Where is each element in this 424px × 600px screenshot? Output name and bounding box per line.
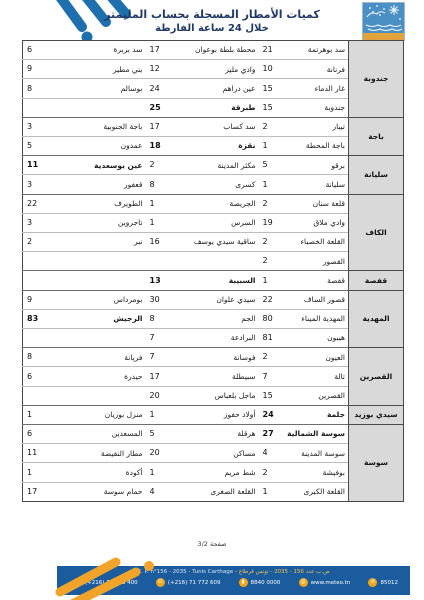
value-cell: 7: [146, 329, 173, 348]
value-cell: 2: [259, 252, 286, 271]
contact-item: @www.meteo.tn: [299, 578, 351, 587]
station-cell: [173, 252, 259, 271]
document-page: كميات الأمطار المسجلة بحساب المليمتر خلا…: [0, 0, 424, 600]
station-cell: فرنانة: [286, 60, 349, 79]
station-cell: جندوبة: [286, 98, 349, 117]
value-cell: 10: [259, 60, 286, 79]
value-cell: 22: [259, 290, 286, 309]
station-cell: حيدرة: [61, 367, 146, 386]
station-cell: غار الدماء: [286, 79, 349, 98]
contact-text: www.meteo.tn: [311, 580, 351, 586]
station-cell: [61, 329, 146, 348]
value-cell: 9: [23, 290, 61, 309]
value-cell: 15: [259, 386, 286, 405]
station-cell: سد بربرة: [61, 41, 146, 60]
value-cell: 4: [146, 482, 173, 501]
value-cell: 15: [259, 79, 286, 98]
value-cell: 8: [146, 175, 173, 194]
value-cell: 1: [259, 175, 286, 194]
station-cell: بومرداس: [61, 290, 146, 309]
station-cell: مساكن: [173, 444, 259, 463]
station-cell: بوفيشة: [286, 463, 349, 482]
station-cell: القلعة الكبرى: [286, 482, 349, 501]
value-cell: 9: [23, 60, 61, 79]
contact-text: 85012: [380, 580, 398, 586]
value-cell: [146, 252, 173, 271]
mobile-icon: ▮: [239, 578, 248, 587]
station-cell: سيدي علوان: [173, 290, 259, 309]
value-cell: 1: [23, 463, 61, 482]
value-cell: 30: [146, 290, 173, 309]
station-cell: بوسالم: [61, 79, 146, 98]
value-cell: 24: [259, 405, 286, 424]
value-cell: 7: [259, 367, 286, 386]
station-cell: المهدية الميناء: [286, 309, 349, 328]
station-cell: سد بوهرتمة: [286, 41, 349, 60]
region-cell: سيدي بوزيد: [349, 405, 404, 424]
value-cell: 8: [23, 79, 61, 98]
inm-logo: · · · · · · · ·: [362, 2, 405, 41]
value-cell: 7: [146, 348, 173, 367]
value-cell: 21: [259, 41, 286, 60]
station-cell: بني مطير: [61, 60, 146, 79]
station-cell: العيون: [286, 348, 349, 367]
region-cell: سوسة: [349, 425, 404, 502]
station-cell: سوسة الشمالية: [286, 425, 349, 444]
value-cell: 2: [259, 233, 286, 252]
value-cell: 1: [259, 271, 286, 290]
station-cell: جلمة: [286, 405, 349, 424]
value-cell: 80: [259, 309, 286, 328]
station-cell: شط مريم: [173, 463, 259, 482]
station-cell: الرجيش: [61, 309, 146, 328]
value-cell: 2: [259, 194, 286, 213]
station-cell: ساقية سيدي يوسف: [173, 233, 259, 252]
value-cell: 17: [146, 367, 173, 386]
value-cell: 22: [23, 194, 61, 213]
station-cell: [61, 271, 146, 290]
station-cell: قفصة: [286, 271, 349, 290]
region-cell: قفصة: [349, 271, 404, 290]
value-cell: 1: [146, 194, 173, 213]
station-cell: قصور الساف: [286, 290, 349, 309]
value-cell: 5: [23, 137, 61, 156]
value-cell: 8: [146, 309, 173, 328]
value-cell: 1: [259, 482, 286, 501]
station-cell: القلعة الخصباء: [286, 233, 349, 252]
value-cell: 17: [146, 117, 173, 136]
value-cell: 15: [259, 98, 286, 117]
value-cell: 6: [23, 425, 61, 444]
station-cell: الجريصة: [173, 194, 259, 213]
station-cell: [61, 98, 146, 117]
globe-icon: @: [299, 578, 308, 587]
station-cell: مكثر المدينة: [173, 156, 259, 175]
station-cell: طبرقة: [173, 98, 259, 117]
value-cell: [23, 98, 61, 117]
value-cell: 20: [146, 386, 173, 405]
station-cell: منزل بوزيان: [61, 405, 146, 424]
station-cell: السرس: [173, 213, 259, 232]
region-cell: جندوبة: [349, 41, 404, 118]
station-cell: تاجروين: [61, 213, 146, 232]
value-cell: [23, 271, 61, 290]
value-cell: [23, 329, 61, 348]
value-cell: 3: [23, 213, 61, 232]
station-cell: السبيبة: [173, 271, 259, 290]
value-cell: 25: [146, 98, 173, 117]
value-cell: 24: [146, 79, 173, 98]
contact-item: ▮8840 0000: [239, 578, 281, 587]
value-cell: 1: [23, 405, 61, 424]
station-cell: ماجل بلعباس: [173, 386, 259, 405]
station-cell: سبيطلة: [173, 367, 259, 386]
report-title-line1: كميات الأمطار المسجلة بحساب المليمتر: [0, 7, 424, 22]
station-cell: سوسة المدينة: [286, 444, 349, 463]
value-cell: 8: [23, 348, 61, 367]
region-cell: القصرين: [349, 348, 404, 406]
value-cell: 5: [259, 156, 286, 175]
value-cell: 1: [146, 213, 173, 232]
region-cell: باجة: [349, 117, 404, 155]
footer-address-arabic: ص.ب عدد 156 - 2035 - تونس قرطاج: [239, 569, 330, 575]
station-cell: أولاد حفوز: [173, 405, 259, 424]
value-cell: 2: [259, 117, 286, 136]
value-cell: 27: [259, 425, 286, 444]
value-cell: 17: [146, 41, 173, 60]
station-cell: هرقلة: [173, 425, 259, 444]
value-cell: 6: [23, 41, 61, 60]
station-cell: الطويرف: [61, 194, 146, 213]
station-cell: [61, 252, 146, 271]
yellow-stripes-graphic: [46, 546, 201, 600]
value-cell: 11: [23, 444, 61, 463]
station-cell: تيبار: [286, 117, 349, 136]
contact-text: 8840 0000: [251, 580, 281, 586]
station-cell: سد كساب: [173, 117, 259, 136]
station-cell: المسعدين: [61, 425, 146, 444]
station-cell: فريانة: [61, 348, 146, 367]
value-cell: 2: [259, 348, 286, 367]
station-cell: باجة الجنوبية: [61, 117, 146, 136]
station-cell: فوسانة: [173, 348, 259, 367]
station-cell: باجة المحطة: [286, 137, 349, 156]
station-cell: نقزة: [173, 137, 259, 156]
station-cell: القصرين: [286, 386, 349, 405]
value-cell: 1: [146, 463, 173, 482]
station-cell: القصور: [286, 252, 349, 271]
value-cell: 2: [259, 463, 286, 482]
value-cell: 1: [259, 137, 286, 156]
report-title-line2: خلال 24 ساعة الفارطة: [0, 22, 424, 35]
station-cell: مطار النفيضة: [61, 444, 146, 463]
value-cell: 1: [146, 405, 173, 424]
station-cell: وادي ملاق: [286, 213, 349, 232]
rainfall-table-wrap: جندوبةسد بوهرتمة21محطة بلطة بوعوان17سد ب…: [22, 40, 404, 502]
value-cell: 2: [146, 156, 173, 175]
contact-item: ✉85012: [368, 578, 398, 587]
station-cell: [61, 386, 146, 405]
report-title: كميات الأمطار المسجلة بحساب المليمتر خلا…: [0, 7, 424, 35]
station-cell: وادي مليز: [173, 60, 259, 79]
station-cell: القلعة الصغرى: [173, 482, 259, 501]
station-cell: محطة بلطة بوعوان: [173, 41, 259, 60]
station-cell: قلعة سنان: [286, 194, 349, 213]
value-cell: [23, 386, 61, 405]
value-cell: 2: [23, 233, 61, 252]
station-cell: سليانة: [286, 175, 349, 194]
value-cell: 4: [259, 444, 286, 463]
value-cell: 18: [146, 137, 173, 156]
value-cell: 3: [23, 175, 61, 194]
rain-table: جندوبةسد بوهرتمة21محطة بلطة بوعوان17سد ب…: [22, 40, 404, 502]
inm-logo-band: · · · · · · · ·: [363, 33, 404, 40]
value-cell: 17: [23, 482, 61, 501]
station-cell: هيبون: [286, 329, 349, 348]
value-cell: 81: [259, 329, 286, 348]
station-cell: عين بوسعدية: [61, 156, 146, 175]
value-cell: 19: [259, 213, 286, 232]
region-cell: سليانة: [349, 156, 404, 194]
station-cell: أكودة: [61, 463, 146, 482]
value-cell: 6: [23, 367, 61, 386]
station-cell: الجم: [173, 309, 259, 328]
region-cell: الكاف: [349, 194, 404, 271]
station-cell: عمدون: [61, 137, 146, 156]
station-cell: تالة: [286, 367, 349, 386]
inm-logo-art: [363, 3, 404, 33]
station-cell: كسرى: [173, 175, 259, 194]
station-cell: عين دراهم: [173, 79, 259, 98]
station-cell: برقو: [286, 156, 349, 175]
value-cell: [23, 252, 61, 271]
value-cell: 5: [146, 425, 173, 444]
value-cell: 12: [146, 60, 173, 79]
mail-icon: ✉: [368, 578, 377, 587]
value-cell: 11: [23, 156, 61, 175]
value-cell: 83: [23, 309, 61, 328]
station-cell: نبر: [61, 233, 146, 252]
station-cell: حمام سوسة: [61, 482, 146, 501]
value-cell: 13: [146, 271, 173, 290]
value-cell: 3: [23, 117, 61, 136]
value-cell: 16: [146, 233, 173, 252]
station-cell: البرادعة: [173, 329, 259, 348]
station-cell: قعفور: [61, 175, 146, 194]
value-cell: 20: [146, 444, 173, 463]
region-cell: المهدية: [349, 290, 404, 348]
rain-table-body: جندوبةسد بوهرتمة21محطة بلطة بوعوان17سد ب…: [23, 41, 404, 502]
